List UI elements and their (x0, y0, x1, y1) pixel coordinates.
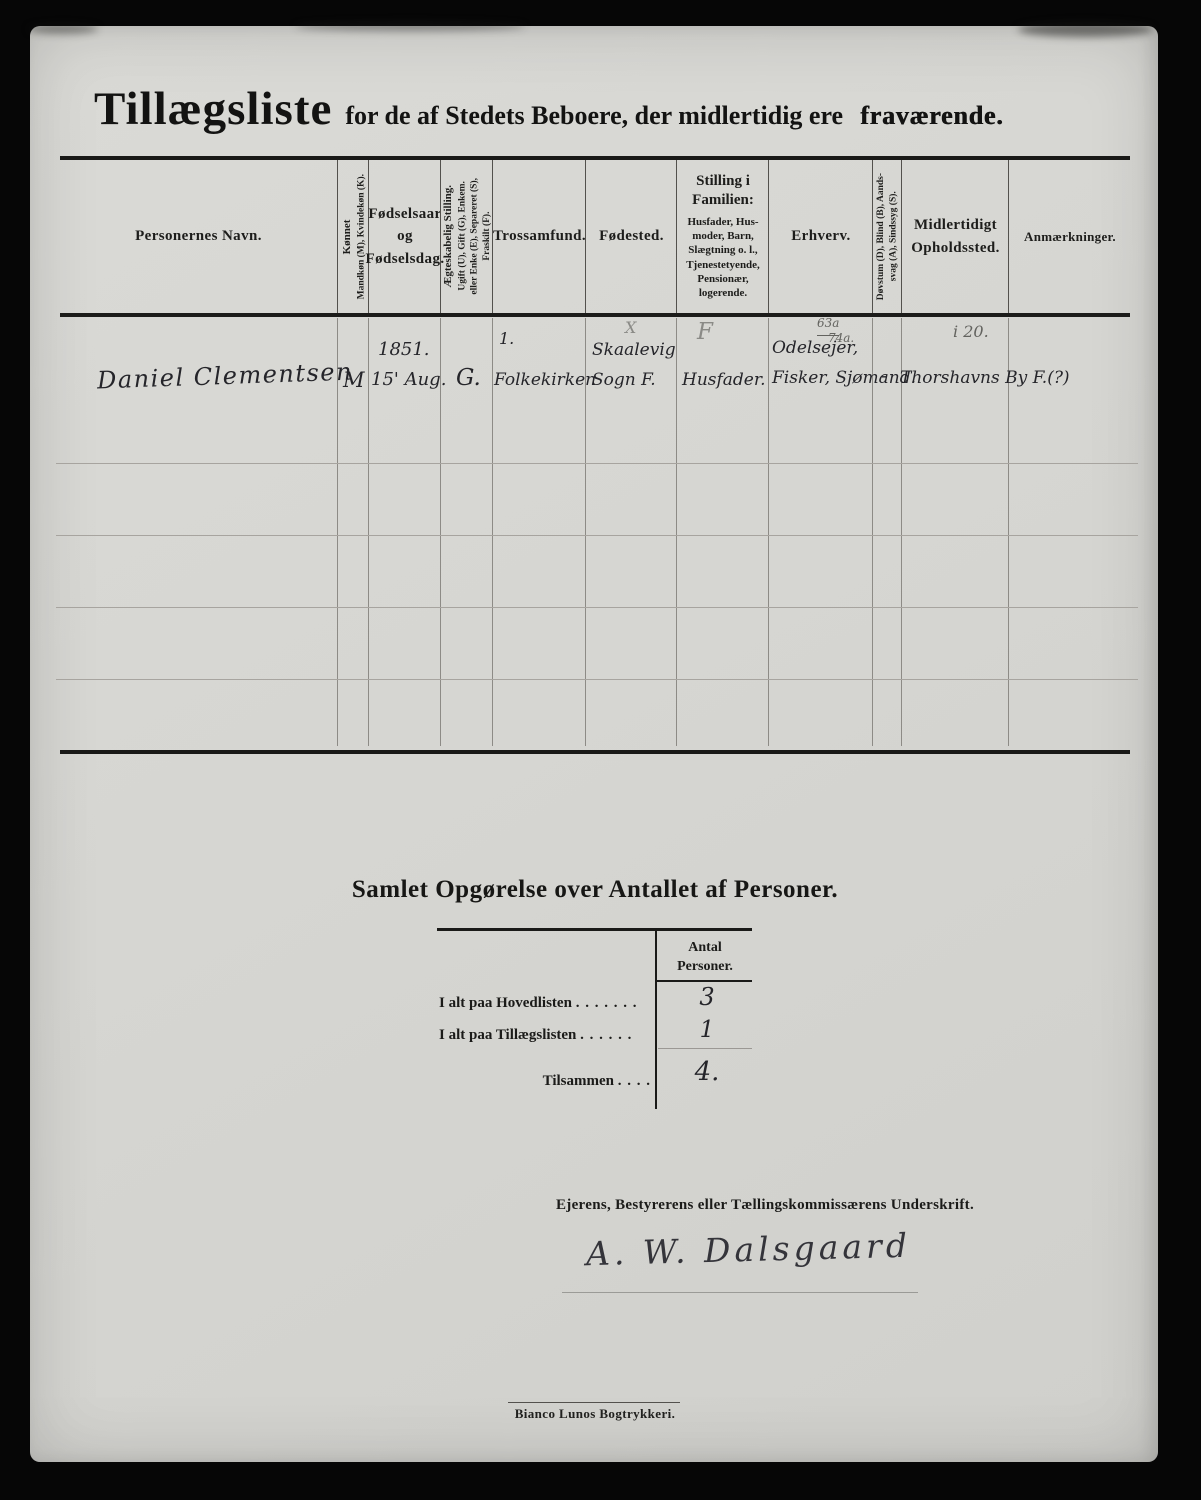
column-header-remarks: Anmærkninger. (1008, 160, 1131, 313)
column-header-sex: Kønnet Mandkøn (M), Kvindekøn (K). (337, 160, 369, 313)
column-divider (368, 318, 369, 746)
entry-name: Daniel Clementsen (96, 351, 353, 402)
page-title-emphasis: fraværende. (860, 101, 1003, 130)
column-divider (676, 318, 677, 746)
summary-table-divider (655, 931, 657, 1109)
summary-value-total: 4. (675, 1057, 739, 1088)
column-header-occupation: Erhverv. (768, 160, 873, 313)
entry-occupation: Odelsejer, Fisker, Sjømand. (772, 334, 916, 394)
entry-birthplace: Skaalevig Sogn F. (592, 336, 676, 396)
summary-row-supplementlist: I alt paa Tillægslisten . . . . . . (439, 1027, 651, 1044)
summary-column-header-rule (655, 980, 752, 982)
column-header-disabilities: Døvstum (D), Blind (B), Aands- svag (A),… (872, 160, 902, 313)
page-title-main: Tillægsliste (94, 83, 332, 135)
entry-residence-note: i 20. (953, 318, 989, 346)
summary-table: Antal Personer. I alt paa Hovedlisten . … (437, 928, 752, 1109)
entry-sex: M (343, 362, 365, 399)
row-divider (56, 463, 1138, 464)
signature-caption: Ejerens, Bestyrerens eller Tællingskommi… (556, 1197, 974, 1214)
entry-disabilities: - (881, 360, 887, 393)
printer-imprint: Bianco Lunos Bogtrykkeri. (470, 1406, 720, 1422)
header-bottom-rule (60, 313, 1130, 317)
summary-row-mainlist: I alt paa Hovedlisten . . . . . . . (439, 995, 651, 1012)
entry-birth-day: 15' Aug. (371, 364, 446, 396)
entry-marital-status: G. (456, 358, 481, 398)
printer-rule (508, 1402, 680, 1403)
column-header-religion: Trossamfund. (492, 160, 586, 313)
summary-row-label: I alt paa Tillægslisten (439, 1027, 576, 1043)
column-header-temporary-residence: Midlertidigt Opholdssted. (901, 160, 1009, 313)
summary-value-supplementlist: 1 (675, 1017, 739, 1045)
leader-dots: . . . . . . . (576, 995, 638, 1011)
leader-dots: . . . . . . (580, 1027, 632, 1043)
entry-family-position: Husfader. (682, 366, 766, 396)
summary-heading: Samlet Opgørelse over Antallet af Person… (300, 876, 890, 904)
summary-total-rule (658, 1048, 752, 1049)
summary-column-header: Antal Personer. (659, 939, 751, 977)
leader-dots: . . . . (618, 1073, 651, 1089)
scan-edge-smudge (295, 22, 525, 31)
entry-religion: Folkekirken (494, 366, 596, 396)
scanned-census-page: Tillægslistefor de af Stedets Beboere, d… (0, 0, 1201, 1500)
census-table: Personernes Navn. Kønnet Mandkøn (M), Kv… (60, 156, 1130, 754)
column-header-marital-status: Ægteskabelig Stilling. Ugift (U), Gift (… (440, 160, 493, 313)
entry-birth-year: 1851. (378, 334, 430, 366)
scan-edge-smudge (1018, 22, 1153, 37)
column-divider (768, 318, 769, 746)
summary-row-label: I alt paa Hovedlisten (439, 995, 572, 1011)
signature-baseline (562, 1292, 918, 1293)
column-header-family-position: Stilling i Familien: Husfader, Hus- mode… (676, 160, 769, 313)
scan-edge-smudge (28, 24, 98, 34)
entry-family-position-pencil-mark: F (697, 312, 713, 352)
row-divider (56, 535, 1138, 536)
summary-row-total: Tilsammen . . . . (439, 1073, 651, 1090)
summary-row-label: Tilsammen (543, 1073, 614, 1089)
column-header-birthdate: Fødselsaar og Fødselsdag. (368, 160, 441, 313)
column-header-name: Personernes Navn. (60, 160, 337, 313)
page-title-rest: for de af Stedets Beboere, der midlertid… (345, 101, 843, 130)
page-title: Tillægslistefor de af Stedets Beboere, d… (94, 82, 1003, 136)
row-divider (56, 679, 1138, 680)
entry-temporary-residence: Thorshavns By F.(?) (900, 364, 1070, 394)
row-divider (56, 607, 1138, 608)
column-header-birthplace: Fødested. (585, 160, 677, 313)
entry-religion-number: 1. (499, 325, 514, 353)
summary-value-mainlist: 3 (675, 983, 739, 1012)
column-divider (492, 318, 493, 746)
